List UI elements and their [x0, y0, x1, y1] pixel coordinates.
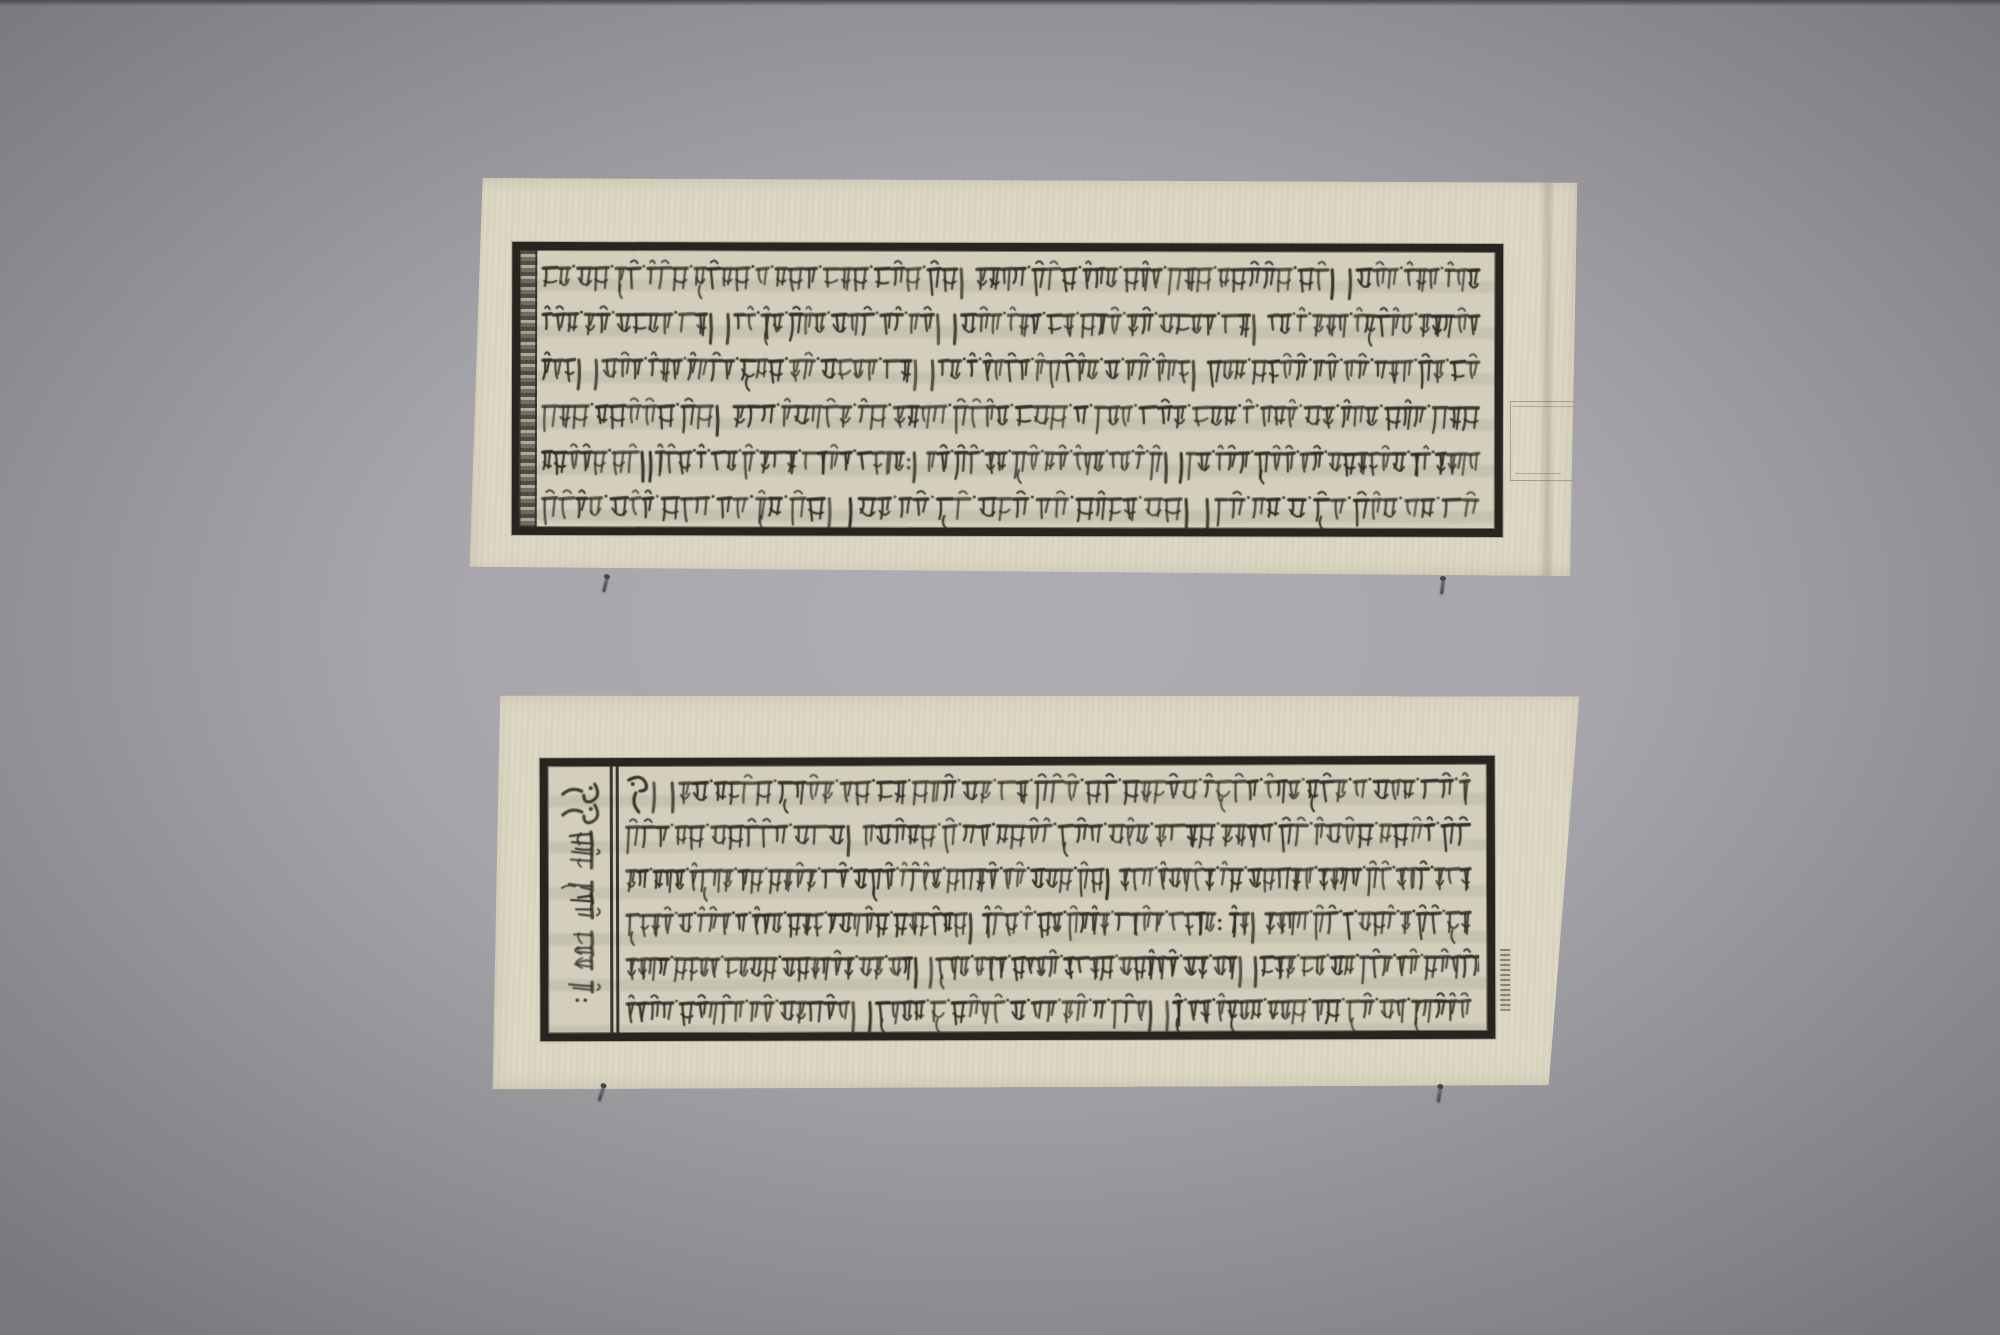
mounting-pin [1440, 579, 1445, 594]
upper-text-block: ཞི་བས་ཁོ་མོས་ཚོགས་ལ་གསན་ཞེས་ཞུས་པས། རྒྱལ… [540, 255, 1490, 533]
text-line: ཕྲེང་བ་ཀུན་ལ་འདི་སྒྲ་དབྱངས་སྒྲོགས། ཨོཾ་མ… [624, 901, 1481, 947]
left-margin-strip [520, 250, 538, 527]
woodblock-line-canvas [540, 347, 1488, 395]
woodblock-line-canvas [540, 393, 1488, 441]
text-line: རལ་གྱི་འཕྱར་ནས་སྒུར་ཏུ་བཟང་མོའི་སྟེང་དུ་… [624, 857, 1481, 903]
woodblock-line-canvas [540, 439, 1488, 487]
text-line: པོའི་བཀའ་སྩལ་ནན་ཐག་པས། །བར་དུ་ཕོ་བྲང་ནང་… [540, 485, 1489, 533]
woodblock-line-canvas [624, 813, 1479, 859]
lower-text-block: ༅། །རབ་གྲོས་ཕྱུར་ནས་ཞེ་སྡང་བར་ཏེ་པོང་སོ་… [624, 769, 1482, 1035]
text-line: ༅། །རབ་གྲོས་ཕྱུར་ནས་ཞེ་སྡང་བར་ཏེ་པོང་སོ་… [624, 769, 1481, 815]
upper-folio-text-frame: ཞི་བས་ཁོ་མོས་ཚོགས་ལ་གསན་ཞེས་ཞུས་པས། རྒྱལ… [512, 242, 1504, 537]
text-line: གསུངས་སོ།།ཨོཾ་མ་ཏི་པ་རྗེ་ཧཱུྃ་ཧྲཱིཿ། དང་… [540, 439, 1489, 487]
text-line: མུག་རང་བཞིན་ཏེ། །ཉམ་ཐག་པའི་བློ་ནམ་དུ། །བ… [540, 301, 1489, 349]
woodblock-line-canvas [624, 857, 1479, 903]
woodblock-line-canvas [540, 485, 1488, 533]
lower-folio-text-frame: ༄༅ སྨྲ ཁྱུ ཞིབ ཨཿ ༅། །རབ་གྲོས་ཕྱུར་ནས་ཞེ… [540, 756, 1496, 1041]
woodblock-line-canvas [624, 769, 1479, 815]
text-line: འདྲ། །བུད་མེད་འདོད་ཆགས་རང་བཞིན་ཏེ། །ཉི་མ… [540, 347, 1489, 395]
photo-top-edge-shadow [0, 0, 2000, 6]
text-line: པོན་གས་བསྔོལ་བཏབ། དབུགས་པ་ལན་གསུམ་ཕུལ་བའ… [624, 813, 1481, 859]
text-line: རྒྱལ་སྲིད་ཞིབས་བསྒྱུར་བར་བྱ། །ཕྱི་གཙན་སྙ… [624, 945, 1481, 991]
margin-title-column: ༄༅ སྨྲ ཁྱུ ཞིབ ཨཿ [548, 766, 611, 1033]
faint-margin-box [1510, 401, 1578, 481]
woodblock-line-canvas [624, 901, 1479, 947]
woodblock-line-canvas [624, 989, 1479, 1035]
mounting-pin [602, 577, 609, 592]
photo-stage: ཞི་བས་ཁོ་མོས་ཚོགས་ལ་གསན་ཞེས་ཞུས་པས། རྒྱལ… [0, 0, 2000, 1335]
margin-separator-line [610, 766, 620, 1033]
upper-folio: ཞི་བས་ཁོ་མོས་ཚོགས་ལ་གསན་ཞེས་ཞུས་པས། རྒྱལ… [470, 177, 1578, 576]
text-line: འདུལ་སྤྱོད་དང་བརྟུལ། །ཕྱིག་ཆ་སྤྱོ་བ་ལན་ར… [624, 989, 1481, 1035]
woodblock-line-canvas [540, 255, 1488, 303]
woodblock-line-canvas [624, 945, 1479, 991]
text-line: ཅེས་གསུངས་པས། རྣལ་འབྱོར་མས་རྒྱལ་པོའི་ཞབས… [540, 393, 1489, 441]
faint-edge-hatch [1500, 949, 1510, 1011]
lower-folio: ༄༅ སྨྲ ཁྱུ ཞིབ ཨཿ ༅། །རབ་གྲོས་ཕྱུར་ནས་ཞེ… [491, 691, 1582, 1090]
mounting-pin [1437, 1087, 1442, 1102]
text-line: ཞི་བས་ཁོ་མོས་ཚོགས་ལ་གསན་ཞེས་ཞུས་པས། རྒྱལ… [540, 255, 1489, 303]
woodblock-line-canvas [540, 301, 1488, 349]
margin-title-canvas [551, 768, 606, 1028]
